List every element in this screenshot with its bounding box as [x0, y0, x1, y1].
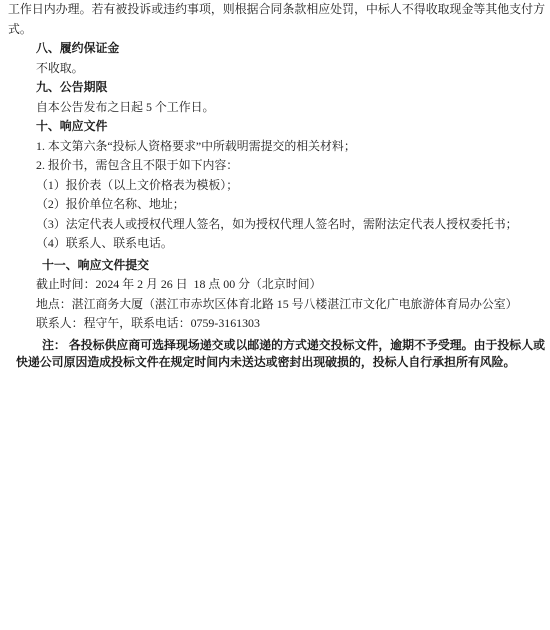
paragraph-contact-person-phone: 联系人：程守午，联系电话：0759-3161303 — [8, 314, 545, 334]
paragraph-item-2-2-company-name-address: （2）报价单位名称、地址； — [8, 195, 545, 215]
paragraph-payment-continuation: 工作日内办理。若有被投诉或违约事项，则根据合同条款相应处罚，中标人不得收取现金等… — [8, 0, 545, 39]
paragraph-no-collection: 不收取。 — [8, 59, 545, 79]
paragraph-item-2-1-quotation-form: （1）报价表（以上文价格表为模板）； — [8, 176, 545, 196]
paragraph-submission-deadline: 截止时间：2024 年 2 月 26 日 18 点 00 分（北京时间） — [8, 275, 545, 295]
paragraph-item-2-4-contact-info: （4）联系人、联系电话。 — [8, 234, 545, 254]
paragraph-submission-note: 注： 各投标供应商可选择现场递交或以邮递的方式递交投标文件，逾期不予受理。由于投… — [16, 337, 545, 372]
paragraph-item-2-3-legal-representative-signature: （3）法定代表人或授权代理人签名，如为授权代理人签名时，需附法定代表人授权委托书… — [8, 215, 545, 235]
heading-section-8-performance-bond: 八、履约保证金 — [8, 39, 545, 59]
heading-section-10-response-documents: 十、响应文件 — [8, 117, 545, 137]
paragraph-announcement-duration: 自本公告发布之日起 5 个工作日。 — [8, 98, 545, 118]
paragraph-submission-location: 地点：湛江商务大厦（湛江市赤坎区体育北路 15 号八楼湛江市文化广电旅游体育局办… — [8, 295, 545, 315]
paragraph-item-1-qualification-materials: 1. 本文第六条“投标人资格要求”中所载明需提交的相关材料； — [8, 137, 545, 157]
paragraph-item-2-quotation-book: 2. 报价书，需包含且不限于如下内容： — [8, 156, 545, 176]
heading-section-11-document-submission: 十一、响应文件提交 — [8, 256, 545, 276]
heading-section-9-announcement-period: 九、公告期限 — [8, 78, 545, 98]
document-page: 工作日内办理。若有被投诉或违约事项，则根据合同条款相应处罚，中标人不得收取现金等… — [0, 0, 550, 630]
